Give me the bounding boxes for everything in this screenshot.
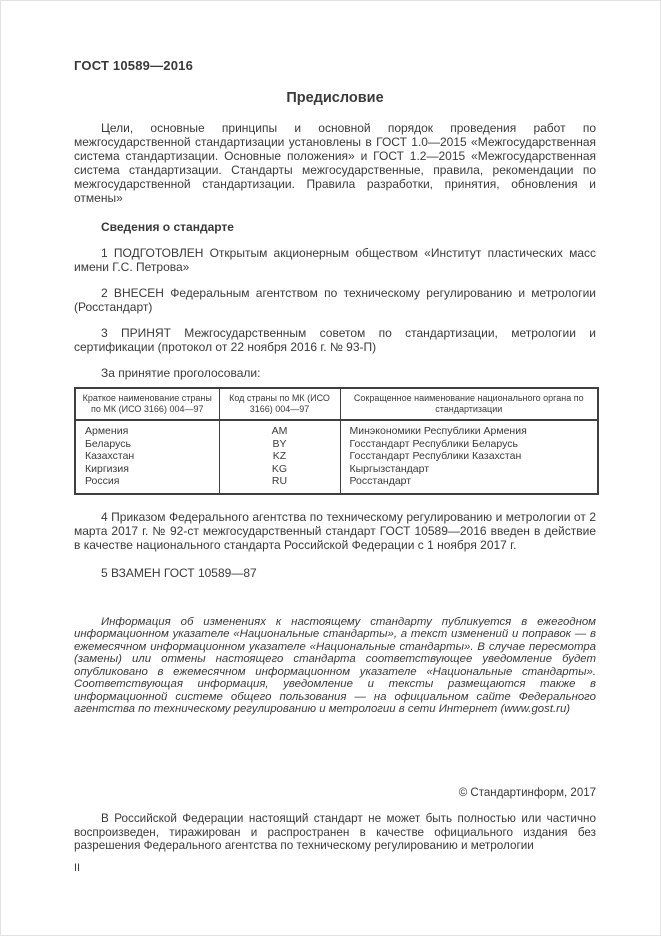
standard-info-item-3: 3 ПРИНЯТ Межгосударственным советом по с… [74, 326, 596, 354]
cell-org: Росстандарт [340, 475, 598, 494]
cell-org: Кыргызстандарт [340, 463, 598, 476]
page-content: ГОСТ 10589—2016 Предисловие Цели, основн… [74, 1, 596, 874]
reproduction-note: В Российской Федерации настоящий стандар… [74, 812, 596, 853]
section-heading: Сведения о стандарте [74, 220, 596, 234]
order-paragraph: 4 Приказом Федерального агентства по тех… [74, 510, 596, 552]
document-page: ГОСТ 10589—2016 Предисловие Цели, основн… [0, 0, 661, 936]
cell-code: BY [219, 438, 340, 451]
cell-org: Минэкономики Республики Армения [340, 420, 598, 438]
table-row: Казахстан KZ Госстандарт Республики Каза… [75, 450, 598, 463]
cell-code: KG [219, 463, 340, 476]
amendments-notice: Информация об изменениях к настоящему ст… [74, 616, 596, 716]
cell-code: AM [219, 420, 340, 438]
vote-table: Краткое наименование страны по МК (ИСО 3… [74, 387, 599, 495]
header-cell-code: Код страны по МК (ИСО 3166) 004—97 [219, 388, 340, 420]
page-title: Предисловие [74, 90, 596, 106]
intro-paragraph: Цели, основные принципы и основной поряд… [74, 121, 596, 205]
cell-org: Госстандарт Республики Казахстан [340, 450, 598, 463]
cell-country: Казахстан [75, 450, 219, 463]
cell-code: RU [219, 475, 340, 494]
standard-info-item-2: 2 ВНЕСЕН Федеральным агентством по техни… [74, 286, 596, 314]
cell-country: Армения [75, 420, 219, 438]
vote-table-header-row: Краткое наименование страны по МК (ИСО 3… [75, 388, 598, 420]
header-cell-country: Краткое наименование страны по МК (ИСО 3… [75, 388, 219, 420]
table-row: Беларусь BY Госстандарт Республики Белар… [75, 438, 598, 451]
copyright-line: © Стандартинформ, 2017 [74, 787, 596, 799]
table-row: Россия RU Росстандарт [75, 475, 598, 494]
doc-number: ГОСТ 10589—2016 [74, 1, 596, 73]
cell-country: Беларусь [75, 438, 219, 451]
vote-table-head: Краткое наименование страны по МК (ИСО 3… [75, 388, 598, 420]
standard-info-item-1: 1 ПОДГОТОВЛЕН Открытым акционерным общес… [74, 246, 596, 274]
table-row: Армения AM Минэкономики Республики Армен… [75, 420, 598, 438]
cell-country: Киргизия [75, 463, 219, 476]
table-row: Киргизия KG Кыргызстандарт [75, 463, 598, 476]
cell-country: Россия [75, 475, 219, 494]
cell-code: KZ [219, 450, 340, 463]
vote-table-body: Армения AM Минэкономики Республики Армен… [75, 420, 598, 494]
page-number: II [74, 862, 596, 874]
replacement-note: 5 ВЗАМЕН ГОСТ 10589—87 [74, 566, 596, 580]
cell-org: Госстандарт Республики Беларусь [340, 438, 598, 451]
vote-caption: За принятие проголосовали: [74, 366, 596, 380]
header-cell-org: Сокращенное наименование национального о… [340, 388, 598, 420]
